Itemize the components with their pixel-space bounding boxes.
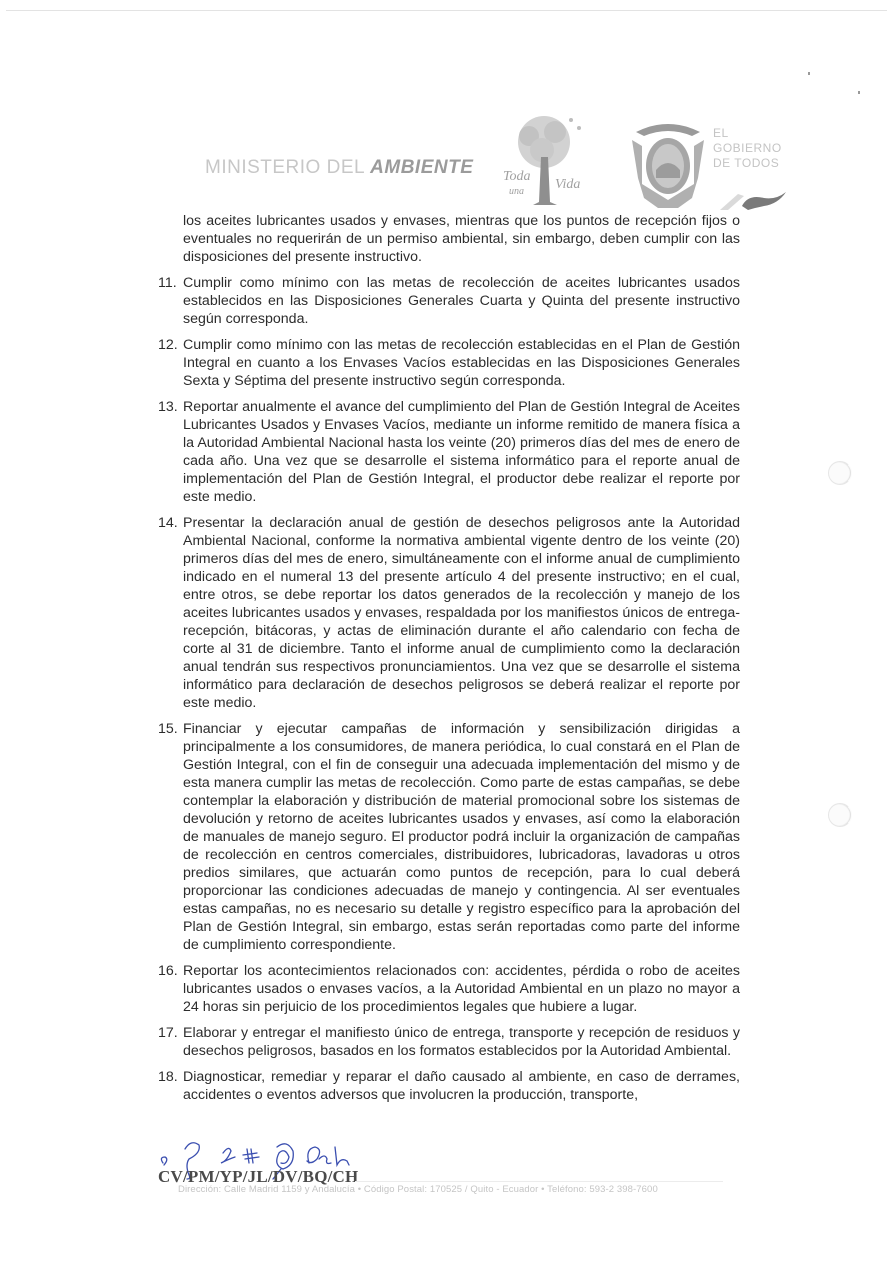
- svg-text:Toda: Toda: [503, 169, 531, 184]
- toda-una-vida-tree-logo: Toda una Vida: [497, 112, 592, 207]
- ministry-name-light: MINISTERIO DEL: [205, 157, 370, 178]
- punch-hole: [828, 461, 852, 485]
- scan-speck: [858, 91, 860, 94]
- numbered-item-18: 18. Diagnosticar, remediar y reparar el …: [158, 1068, 740, 1104]
- item-number: 11.: [158, 274, 177, 292]
- item-text: Diagnosticar, remediar y reparar el daño…: [183, 1069, 740, 1103]
- svg-text:una: una: [509, 186, 524, 197]
- item-number: 18.: [158, 1068, 178, 1086]
- item-number: 15.: [158, 720, 178, 738]
- item-number: 13.: [158, 398, 178, 416]
- item-text: Cumplir como mínimo con las metas de rec…: [183, 275, 740, 327]
- footer-divider: [355, 1181, 723, 1182]
- svg-text:Vida: Vida: [555, 177, 580, 192]
- item-text: Cumplir como mínimo con las metas de rec…: [183, 337, 740, 389]
- document-body: los aceites lubricantes usados y envases…: [158, 212, 740, 1112]
- item-text: Reportar los acontecimientos relacionado…: [183, 963, 740, 1015]
- letterhead: MINISTERIO DEL AMBIENTE Toda una Vida EL…: [0, 110, 893, 210]
- gobierno-de-todos-text: EL GOBIERNO DE TODOS: [713, 126, 782, 171]
- item-text: Reportar anualmente el avance del cumpli…: [183, 399, 740, 505]
- gobierno-swoosh-icon: [718, 188, 788, 212]
- punch-hole: [828, 803, 852, 827]
- ecuador-coat-of-arms-logo: [628, 118, 708, 210]
- ministry-name-bold: AMBIENTE: [370, 157, 473, 178]
- numbered-item-11: 11. Cumplir como mínimo con las metas de…: [158, 274, 740, 328]
- footer-address: Dirección: Calle Madrid 1159 y Andalucía…: [178, 1184, 658, 1195]
- gov-text-line: GOBIERNO: [713, 141, 782, 156]
- ministry-name: MINISTERIO DEL AMBIENTE: [205, 157, 473, 179]
- item-number: 16.: [158, 962, 178, 980]
- numbered-item-13: 13. Reportar anualmente el avance del cu…: [158, 398, 740, 506]
- item-number: 17.: [158, 1024, 178, 1042]
- numbered-item-14: 14. Presentar la declaración anual de ge…: [158, 514, 740, 712]
- gov-text-line: DE TODOS: [713, 156, 782, 171]
- item-text: Elaborar y entregar el manifiesto único …: [183, 1025, 740, 1059]
- gov-text-line: EL: [713, 126, 782, 141]
- item-text: Presentar la declaración anual de gestió…: [183, 515, 740, 711]
- scan-speck: [808, 72, 810, 75]
- continuation-paragraph: los aceites lubricantes usados y envases…: [183, 212, 740, 266]
- item-number: 12.: [158, 336, 178, 354]
- scan-edge-line: [6, 10, 887, 11]
- item-text: Financiar y ejecutar campañas de informa…: [183, 721, 740, 953]
- numbered-item-16: 16. Reportar los acontecimientos relacio…: [158, 962, 740, 1016]
- numbered-item-12: 12. Cumplir como mínimo con las metas de…: [158, 336, 740, 390]
- numbered-item-17: 17. Elaborar y entregar el manifiesto ún…: [158, 1024, 740, 1060]
- item-number: 14.: [158, 514, 178, 532]
- numbered-item-15: 15. Financiar y ejecutar campañas de inf…: [158, 720, 740, 954]
